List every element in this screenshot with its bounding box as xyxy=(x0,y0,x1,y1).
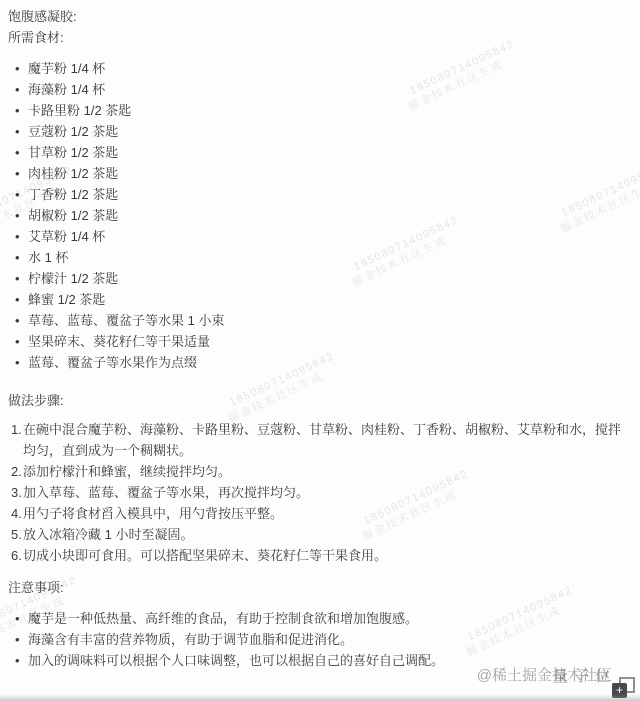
step-item: 在碗中混合魔芋粉、海藻粉、卡路里粉、豆蔻粉、甘草粉、肉桂粉、丁香粉、胡椒粉、艾草… xyxy=(8,419,630,461)
ingredient-item: 卡路里粉 1/2 茶匙 xyxy=(8,100,628,121)
bottom-edge-shadow xyxy=(0,694,640,701)
steps-list: 在碗中混合魔芋粉、海藻粉、卡路里粉、豆蔻粉、甘草粉、肉桂粉、丁香粉、胡椒粉、艾草… xyxy=(8,419,630,566)
note-item: 海藻含有丰富的营养物质，有助于调节血脂和促进消化。 xyxy=(8,629,628,650)
step-item: 加入草莓、蓝莓、覆盆子等水果，再次搅拌均匀。 xyxy=(8,482,630,503)
step-item: 放入冰箱冷藏 1 小时至凝固。 xyxy=(8,524,630,545)
corner-add-button[interactable]: + xyxy=(612,677,635,698)
ingredient-item: 草莓、蓝莓、覆盆子等水果 1 小束 xyxy=(8,310,628,331)
ingredients-list: 魔芋粉 1/4 杯 海藻粉 1/4 杯 卡路里粉 1/2 茶匙 豆蔻粉 1/2 … xyxy=(8,58,630,373)
ingredient-item: 胡椒粉 1/2 茶匙 xyxy=(8,205,628,226)
step-item: 添加柠檬汁和蜂蜜，继续搅拌均匀。 xyxy=(8,461,630,482)
footer-watermark-secondary: 量子位 xyxy=(553,667,616,687)
ingredient-item: 魔芋粉 1/4 杯 xyxy=(8,58,628,79)
page-title: 饱腹感凝胶: xyxy=(8,6,630,27)
ingredient-item: 柠檬汁 1/2 茶匙 xyxy=(8,268,628,289)
ingredient-item: 肉桂粉 1/2 茶匙 xyxy=(8,163,628,184)
ingredient-item: 丁香粉 1/2 茶匙 xyxy=(8,184,628,205)
ingredient-item: 艾草粉 1/4 杯 xyxy=(8,226,628,247)
steps-heading: 做法步骤: xyxy=(8,390,630,411)
ingredient-item: 甘草粉 1/2 茶匙 xyxy=(8,142,628,163)
ingredient-item: 蜂蜜 1/2 茶匙 xyxy=(8,289,628,310)
ingredient-item: 海藻粉 1/4 杯 xyxy=(8,79,628,100)
recipe-document: 饱腹感凝胶: 所需食材: 魔芋粉 1/4 杯 海藻粉 1/4 杯 卡路里粉 1/… xyxy=(0,0,640,671)
notes-heading: 注意事项: xyxy=(8,577,630,598)
plus-icon: + xyxy=(612,683,627,698)
notes-list: 魔芋是一种低热量、高纤维的食品，有助于控制食欲和增加饱腹感。 海藻含有丰富的营养… xyxy=(8,608,630,671)
ingredient-item: 蓝莓、覆盆子等水果作为点缀 xyxy=(8,352,628,373)
ingredient-item: 坚果碎末、葵花籽仁等干果适量 xyxy=(8,331,628,352)
step-item: 切成小块即可食用。可以搭配坚果碎末、葵花籽仁等干果食用。 xyxy=(8,545,630,566)
ingredients-heading: 所需食材: xyxy=(8,27,630,48)
note-item: 魔芋是一种低热量、高纤维的食品，有助于控制食欲和增加饱腹感。 xyxy=(8,608,628,629)
ingredient-item: 豆蔻粉 1/2 茶匙 xyxy=(8,121,628,142)
ingredient-item: 水 1 杯 xyxy=(8,247,628,268)
step-item: 用勺子将食材舀入模具中，用勺背按压平整。 xyxy=(8,503,630,524)
